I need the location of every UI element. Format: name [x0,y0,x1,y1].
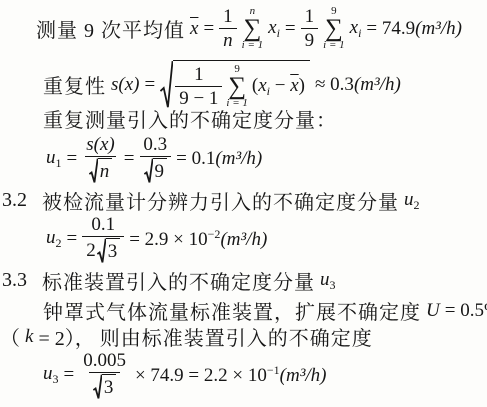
u-variable: u [404,189,414,210]
sentence-text: 则由标准装置引入的不确定度 [100,322,373,351]
repeatability-result: ≈ 0.3(m³/h) [315,74,401,96]
result-value: ≈ 0.3 [315,74,354,95]
u1-symbol: u1 [46,147,62,171]
document-page: 测量 9 次平均值 x = 1 n n ∑ i = 1 xi = 1 9 9 ∑… [0,0,487,407]
radicand: 3 [102,374,117,400]
intro-text: 重复测量引入的不确定度分量： [43,104,337,133]
open-paren: （ [0,322,20,351]
u-subscript: 3 [53,372,59,386]
radicand: 3 [106,238,121,264]
fraction-numerator: 1 [219,6,237,28]
square-root: 1 9 − 1 9 ∑ i = 1 (xi − x) [160,60,310,110]
u-variable: u [46,227,56,248]
u-subscript: 2 [414,198,420,212]
fraction-denominator: n [219,28,237,52]
fraction-numerator: 1 [190,64,208,86]
section-title: 标准装置引入的不确定度分量 [42,266,315,295]
fraction-sx-over-sqrtn: s(x) n [82,134,118,184]
fraction-denominator: 2 3 [82,236,124,264]
fraction-denominator: 9 [140,156,172,184]
repeatability-label: 重复性 [43,70,106,99]
k-equals-2-sentence: （ k = 2）， 则由标准装置引入的不确定度 [0,322,373,351]
fraction-denominator: 9 [301,28,319,52]
u3-symbol: u3 [43,363,59,387]
radical-sign [97,238,106,264]
radicand: n [98,158,113,184]
unit-m3h: (m³/h) [280,365,327,386]
x-sub-i: xi [268,17,280,41]
fraction-numerator: s(x) [82,134,118,156]
x-variable: x [268,17,276,38]
deviation-term: (xi − x) [252,75,305,99]
sigma-symbol: ∑ [243,18,261,39]
fraction-numerator: 0.1 [87,214,119,236]
square-root-small: 3 [97,238,121,264]
u-variable: u [43,363,53,384]
section-title: 被检流量计分辨力引入的不确定度分量 [42,186,399,215]
u2-symbol: u2 [46,227,62,251]
exponent: −1 [267,363,280,377]
radical-sign [160,60,173,110]
standard-device-sentence: 钟罩式气体流量标准装置，扩展不确定度 U = 0.5% [43,296,487,325]
summation-n: n ∑ i = 1 [242,6,263,51]
x-variable: x [258,75,266,96]
equals-sign: = [67,148,78,170]
fraction-numerator: 0.005 [79,350,130,372]
mean-label: 测量 9 次平均值 [36,14,185,43]
equals-sign: = [64,364,75,386]
radicand: 9 [153,158,168,184]
sigma-symbol: ∑ [228,76,246,97]
u-variable: u [320,269,330,290]
equals-sign: = [203,18,214,40]
section-number: 3.3 [2,269,27,292]
coefficient-2: 2 [86,240,96,262]
equals-sign: = [67,228,78,250]
fraction-numerator: 1 [301,6,319,28]
sentence-text: 钟罩式气体流量标准装置，扩展不确定度 [43,296,421,325]
exponent: −2 [208,227,221,241]
fraction-03-over-sqrt9: 0.3 9 [139,134,171,184]
i-subscript: i [277,26,280,40]
xbar-symbol: x [290,75,298,96]
sum-lower-limit: i = 1 [323,40,344,51]
radical-sign [89,158,98,184]
sum-lower-limit: i = 1 [242,40,263,51]
fraction-1-over-9: 1 9 [301,6,319,52]
square-root-small: 9 [144,158,168,184]
section-3-3-heading: 3.3 标准装置引入的不确定度分量 u3 [2,266,336,295]
u-subscript: 1 [56,156,62,170]
unit-m3h: (m³/h) [354,74,401,95]
repeat-uncertainty-intro: 重复测量引入的不确定度分量： [43,104,337,133]
equals-sign: = [285,18,296,40]
fraction-0005-over-sqrt3: 0.005 3 [79,350,130,400]
section-number: 3.2 [2,189,27,212]
fraction-1-over-9minus1: 1 9 − 1 [175,64,222,110]
result-value: × 74.9 = 2.2 × 10 [135,365,267,386]
sx-symbol: s(x) [111,74,139,96]
fraction-denominator: n [85,156,117,184]
u-subscript: 3 [330,278,336,292]
i-subscript: i [267,84,270,98]
k-variable: k [25,326,33,348]
u-subscript: 2 [56,236,62,250]
u3-result: × 74.9 = 2.2 × 10−1(m³/h) [135,363,327,387]
radical-sign [93,374,102,400]
equals-sign: = [124,148,135,170]
unit-m3h: (m³/h) [220,229,267,250]
formula-repeatability: 重复性 s(x) = 1 9 − 1 9 ∑ i = 1 (xi − x) ≈ … [43,60,401,110]
fraction-01-over-2sqrt3: 0.1 2 3 [82,214,124,264]
k-value: = 2）， [38,322,94,351]
fraction-denominator: 3 [89,372,121,400]
u2-result: = 2.9 × 10−2(m³/h) [129,227,267,251]
u1-result: = 0.1(m³/h) [176,148,262,170]
close-paren: ) [299,75,305,96]
result-value: = 74.9 [366,18,415,39]
unit-m3h: (m³/h) [215,148,262,169]
formula-mean: 测量 9 次平均值 x = 1 n n ∑ i = 1 xi = 1 9 9 ∑… [36,6,462,52]
formula-u2: u2 = 0.1 2 3 = 2.9 × 10−2(m³/h) [46,214,267,264]
square-root-small: n [89,158,113,184]
fraction-numerator: 0.3 [139,134,171,156]
result-value: = 0.1 [176,148,215,169]
radicand: 1 9 − 1 9 ∑ i = 1 (xi − x) [173,60,310,110]
formula-u3: u3 = 0.005 3 × 74.9 = 2.2 × 10−1(m³/h) [43,350,327,400]
u-variable: u [46,147,56,168]
xbar-symbol: x [190,18,198,40]
unit-m3h: (m³/h) [415,18,462,39]
u3-symbol: u3 [320,269,336,293]
U-variable: U [426,300,440,322]
mean-result: = 74.9(m³/h) [366,18,462,40]
formula-u1: u1 = s(x) n = 0.3 9 = 0.1(m³/h) [46,134,262,184]
fraction-1-over-n: 1 n [219,6,237,52]
section-3-2-heading: 3.2 被检流量计分辨力引入的不确定度分量 u2 [2,186,420,215]
sigma-symbol: ∑ [325,18,343,39]
radical-sign [144,158,153,184]
x-sub-i: xi [350,17,362,41]
x-variable: x [350,17,358,38]
square-root-small: 3 [93,374,117,400]
equals-sign: = [144,74,155,96]
U-value: = 0.5% [445,300,487,322]
minus-sign: − [275,75,286,96]
i-subscript: i [358,26,361,40]
summation-9: 9 ∑ i = 1 [226,64,247,109]
summation-9: 9 ∑ i = 1 [323,6,344,51]
result-value: = 2.9 × 10 [129,229,207,250]
u2-symbol: u2 [404,189,420,213]
